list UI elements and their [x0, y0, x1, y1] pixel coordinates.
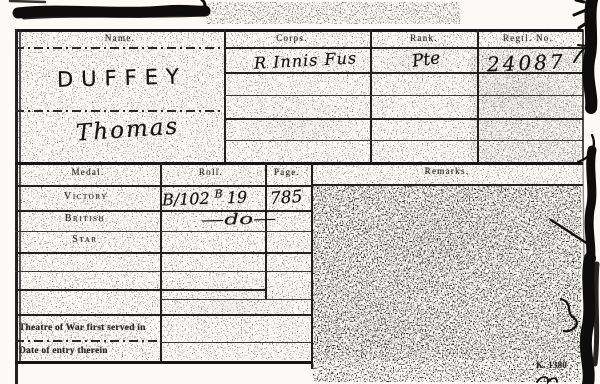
grid-line — [160, 299, 311, 300]
grid-line — [313, 184, 583, 186]
corps-column-header: Corps. — [276, 33, 308, 43]
grid-line — [311, 162, 313, 369]
speckle-remarks-area — [313, 186, 581, 382]
form-code: K. 1380 — [536, 360, 567, 370]
name-column-header: Name. — [105, 33, 135, 43]
grid-line — [224, 95, 583, 96]
surname-handwritten: DUFFEY — [57, 64, 187, 91]
victory-roll-handwritten: B/102B19 — [162, 187, 248, 210]
grid-line — [15, 252, 311, 254]
grid-line — [15, 162, 583, 165]
right-edge-smudge-bottom — [586, 258, 590, 384]
pen-diagonal-stroke — [551, 220, 588, 244]
right-edge-spikes — [574, 0, 588, 28]
grid-line — [224, 47, 583, 49]
right-edge-smudge-top — [588, 0, 592, 108]
grid-line — [15, 110, 224, 112]
card-bottom-border — [15, 361, 313, 364]
rank-handwritten: Pte — [411, 48, 442, 72]
grid-line — [15, 47, 224, 49]
grid-line — [160, 342, 311, 343]
speckle-top-band — [205, 2, 460, 24]
regtl-no-handwritten: 24087 — [487, 50, 566, 77]
forename-handwritten: Thomas — [75, 113, 180, 146]
top-left-edge-mark — [10, 1, 45, 2]
corps-handwritten: R Innis Fus — [254, 48, 358, 72]
card-top-border — [15, 29, 583, 32]
top-black-bar — [18, 10, 205, 13]
grid-line — [224, 140, 583, 141]
medal-column-header: Medal. — [71, 167, 104, 177]
grid-line — [15, 314, 311, 316]
grid-line — [224, 118, 583, 120]
top-black-bar-edge — [24, 14, 202, 17]
right-edge-smudge-bottom2 — [595, 264, 597, 364]
medal-row-victory-label: Victory — [64, 191, 108, 202]
rank-column-header: Rank. — [410, 33, 438, 43]
grid-line — [15, 340, 160, 342]
grid-line — [15, 289, 265, 291]
grid-line — [15, 231, 311, 232]
remarks-section-header: Remarks. — [425, 166, 470, 176]
victory-page-handwritten: 785 — [269, 187, 303, 209]
theatre-of-war-label: Theatre of War first served in — [19, 323, 146, 333]
pen-mark-below-form-code — [537, 377, 557, 382]
card-right-border-faint — [583, 160, 584, 262]
grid-line — [15, 271, 311, 272]
card-left-border — [15, 29, 18, 384]
page-column-header: Page. — [274, 167, 300, 177]
regtl-no-column-header: Regtl. No. — [503, 33, 553, 43]
pen-squiggle-mark — [561, 299, 577, 331]
date-of-entry-label: Date of entry therein — [19, 346, 108, 356]
grid-line — [15, 185, 311, 187]
right-edge-smudge-middle — [589, 150, 592, 262]
top-black-bar-tail — [202, 0, 205, 11]
victory-roll-superscript: B — [214, 187, 223, 200]
medal-row-star-label: Star — [72, 234, 97, 245]
medal-index-card: Name. Corps. Rank. Regtl. No. Medal. Rol… — [0, 0, 600, 384]
british-roll-ditto-mark: —do— — [201, 209, 277, 229]
card-left-inner-border — [19, 29, 21, 362]
victory-roll-main: B/102 — [162, 189, 210, 210]
medal-row-british-label: British — [65, 213, 105, 224]
victory-roll-tail: 19 — [226, 188, 247, 208]
roll-column-header: Roll. — [199, 167, 223, 177]
